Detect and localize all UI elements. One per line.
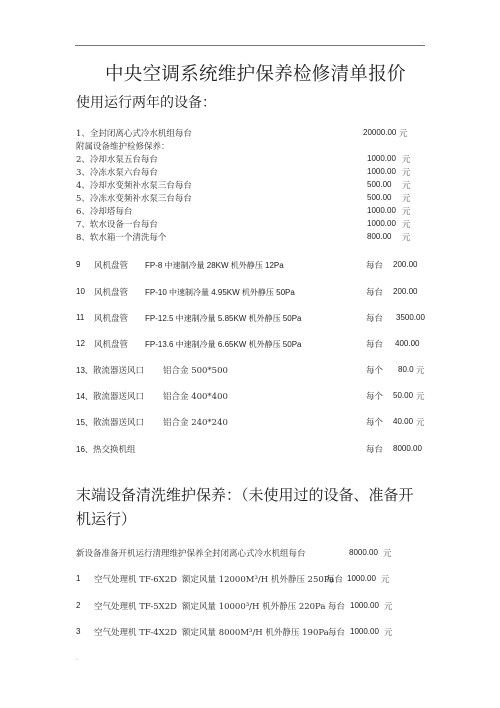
row-unit: 元	[381, 573, 390, 585]
list-item-label: 7、软水设备一台每台	[76, 218, 158, 230]
list-item-label: 4、冷却水变频补水泵三台每台	[76, 179, 192, 191]
list-item-price: 1000.00	[367, 154, 396, 163]
header-mark: .	[422, 38, 424, 45]
list-item-label: 8、软水箱一个清洗每个	[76, 231, 166, 243]
row-price: 400.00	[395, 339, 419, 348]
row-price: 1000.00	[350, 601, 379, 610]
row-price: 40.00	[393, 417, 413, 426]
item-16-name: 热交换机组	[93, 443, 136, 455]
list-item-unit: 元	[402, 218, 411, 230]
row-name: 风机盘管	[94, 286, 128, 298]
row-name: 散流器送风口	[93, 364, 144, 376]
row-price: 3500.00	[396, 313, 425, 322]
row-price: 200.00	[393, 287, 417, 296]
row-price: 50.00	[393, 391, 413, 400]
row-spec: FP-10 中速制冷量 4.95KW 机外静压 50Pa	[145, 287, 295, 298]
row-per: 每台	[328, 626, 345, 638]
list-item-unit: 元	[402, 166, 411, 178]
document-title: 中央空调系统维护保养检修清单报价	[105, 60, 406, 86]
row-no: 11	[76, 313, 84, 322]
row-spec: 铝合金 500*500	[163, 364, 228, 376]
row-per: 每台	[366, 338, 383, 350]
row-per: 每个	[366, 364, 383, 376]
list-item-label: 3、冷冻水泵六台每台	[76, 166, 158, 178]
intro-label: 新设备准备开机运行清理维护保养全封闭离心式冷水机组每台	[76, 547, 306, 559]
row-spec: FP-13.6 中速制冷量 6.65KW 机外静压 50Pa	[145, 339, 302, 350]
row-no: 3	[76, 627, 80, 636]
row-name: 空气处理机 TF-5X2D	[94, 600, 177, 612]
row-unit: 元	[416, 390, 425, 402]
list-item-label: 6、冷却塔每台	[76, 205, 132, 217]
row-name: 风机盘管	[94, 259, 128, 271]
item-1-price: 20000.00	[363, 128, 396, 137]
row-spec: 额定风量 12000M³/H 机外静压 250Pa	[182, 573, 334, 585]
row-name: 风机盘管	[94, 312, 128, 324]
list-item-unit: 元	[402, 153, 411, 165]
row-no: 9	[76, 260, 80, 269]
list-item-price: 800.00	[367, 232, 391, 241]
row-per: 每台	[328, 600, 345, 612]
list-item-price: 1000.00	[367, 167, 396, 176]
row-price: 1000.00	[347, 574, 376, 583]
list-item-price: 500.00	[367, 180, 391, 189]
row-name: 散流器送风口	[93, 416, 144, 428]
row-unit: 元	[416, 364, 425, 376]
row-spec: 额定风量 10000³/H 机外静压 220Pa	[182, 600, 325, 612]
subheading-accessories: 附属设备维护检修保养：	[76, 140, 170, 152]
row-no: 12	[76, 339, 85, 348]
row-spec: FP-8 中速制冷量 28KW 机外静压 12Pa	[145, 260, 284, 271]
list-item-unit: 元	[402, 179, 411, 191]
intro-price: 8000.00	[349, 548, 378, 557]
row-price: 200.00	[393, 260, 417, 269]
row-no: 1	[76, 574, 80, 583]
row-name: 风机盘管	[94, 338, 128, 350]
row-no: 14、	[76, 391, 93, 402]
row-unit: 元	[384, 626, 393, 638]
item-1-label: 1、全封闭离心式冷水机组每台	[76, 127, 192, 139]
list-item-price: 1000.00	[367, 219, 396, 228]
row-price: 1000.00	[350, 627, 379, 636]
list-item-label: 5、冷冻水变频补水泵三台每台	[76, 192, 192, 204]
row-no: 15、	[76, 417, 93, 428]
footer-mark: .	[76, 655, 78, 662]
row-spec: 铝合金 400*400	[163, 390, 228, 402]
row-name: 散流器送风口	[93, 390, 144, 402]
list-item-unit: 元	[402, 205, 411, 217]
intro-unit: 元	[383, 547, 392, 559]
row-per: 每个	[366, 390, 383, 402]
item-16-no: 16、	[76, 444, 93, 455]
row-no: 10	[76, 287, 85, 296]
row-unit: 元	[416, 416, 425, 428]
header-rule	[75, 45, 425, 46]
row-unit: 元	[384, 600, 393, 612]
row-name: 空气处理机 TF-6X2D	[94, 573, 177, 585]
row-no: 2	[76, 601, 80, 610]
list-item-unit: 元	[402, 231, 411, 243]
row-spec: FP-12.5 中速制冷量 5.85KW 机外静压 50Pa	[145, 313, 302, 324]
section1-heading: 使用运行两年的设备：	[76, 92, 216, 112]
row-no: 13、	[76, 365, 93, 376]
row-name: 空气处理机 TF-4X2D	[94, 626, 177, 638]
row-spec: 额定风量 8000M³/H 机外静压 190Pa	[182, 626, 329, 638]
row-per: 每台	[326, 573, 343, 585]
list-item-unit: 元	[402, 192, 411, 204]
item-1-unit: 元	[399, 127, 408, 139]
list-item-label: 2、冷却水泵五台每台	[76, 153, 158, 165]
list-item-price: 1000.00	[367, 206, 396, 215]
item-16-price: 8000.00	[393, 444, 422, 453]
item-16-per: 每台	[366, 443, 383, 455]
section2-heading: 末端设备清洗维护保养：（未使用过的设备、准备开机运行）	[76, 483, 426, 531]
row-per: 每台	[366, 312, 383, 324]
row-per: 每台	[366, 286, 383, 298]
row-spec: 铝合金 240*240	[163, 416, 228, 428]
list-item-price: 500.00	[367, 193, 391, 202]
row-per: 每个	[366, 416, 383, 428]
row-per: 每台	[366, 259, 383, 271]
row-price: 80.0	[398, 365, 414, 374]
